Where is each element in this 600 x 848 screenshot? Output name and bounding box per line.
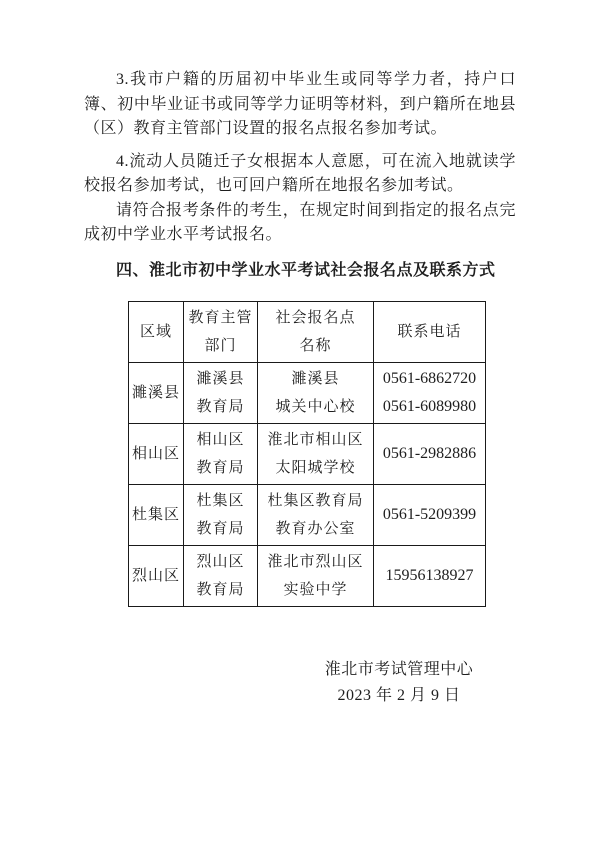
signature-date: 2023 年 2 月 9 日 bbox=[304, 683, 494, 709]
body-text: 3.我市户籍的历届初中毕业生或同等学力者，持户口簿、初中毕业证书或同等学力证明等… bbox=[84, 68, 516, 248]
column-header-education-dept: 教育主管 部门 bbox=[184, 301, 258, 362]
table-row: 濉溪县 濉溪县 教育局 濉溪县 城关中心校 0561-6862720 0561-… bbox=[129, 362, 486, 423]
cell-registration-point: 淮北市相山区 太阳城学校 bbox=[258, 423, 374, 484]
cell-phone: 0561-5209399 bbox=[374, 484, 486, 545]
column-header-phone: 联系电话 bbox=[374, 301, 486, 362]
registration-points-table: 区域 教育主管 部门 社会报名点 名称 联系电话 濉溪县 濉溪县 教育局 濉溪县… bbox=[128, 301, 486, 607]
cell-education-dept: 杜集区 教育局 bbox=[184, 484, 258, 545]
table-row: 杜集区 杜集区 教育局 杜集区教育局 教育办公室 0561-5209399 bbox=[129, 484, 486, 545]
cell-region: 杜集区 bbox=[129, 484, 184, 545]
signature-block: 淮北市考试管理中心 2023 年 2 月 9 日 bbox=[304, 657, 494, 709]
cell-region: 相山区 bbox=[129, 423, 184, 484]
column-header-region: 区域 bbox=[129, 301, 184, 362]
cell-phone: 15956138927 bbox=[374, 545, 486, 606]
cell-region: 烈山区 bbox=[129, 545, 184, 606]
column-header-registration-point: 社会报名点 名称 bbox=[258, 301, 374, 362]
cell-registration-point: 濉溪县 城关中心校 bbox=[258, 362, 374, 423]
cell-education-dept: 烈山区 教育局 bbox=[184, 545, 258, 606]
cell-registration-point: 杜集区教育局 教育办公室 bbox=[258, 484, 374, 545]
table-header-row: 区域 教育主管 部门 社会报名点 名称 联系电话 bbox=[129, 301, 486, 362]
cell-phone: 0561-2982886 bbox=[374, 423, 486, 484]
document-page: 3.我市户籍的历届初中毕业生或同等学力者，持户口簿、初中毕业证书或同等学力证明等… bbox=[0, 0, 600, 848]
paragraph-closing: 请符合报考条件的考生，在规定时间到指定的报名点完成初中学业水平考试报名。 bbox=[84, 199, 516, 248]
paragraph-4: 4.流动人员随迁子女根据本人意愿，可在流入地就读学校报名参加考试，也可回户籍所在… bbox=[84, 150, 516, 199]
paragraph-3: 3.我市户籍的历届初中毕业生或同等学力者，持户口簿、初中毕业证书或同等学力证明等… bbox=[84, 68, 516, 142]
section-heading: 四、淮北市初中学业水平考试社会报名点及联系方式 bbox=[84, 258, 516, 283]
cell-region: 濉溪县 bbox=[129, 362, 184, 423]
signature-org: 淮北市考试管理中心 bbox=[304, 657, 494, 683]
cell-education-dept: 相山区 教育局 bbox=[184, 423, 258, 484]
table-row: 相山区 相山区 教育局 淮北市相山区 太阳城学校 0561-2982886 bbox=[129, 423, 486, 484]
cell-registration-point: 淮北市烈山区 实验中学 bbox=[258, 545, 374, 606]
table-row: 烈山区 烈山区 教育局 淮北市烈山区 实验中学 15956138927 bbox=[129, 545, 486, 606]
cell-education-dept: 濉溪县 教育局 bbox=[184, 362, 258, 423]
cell-phone: 0561-6862720 0561-6089980 bbox=[374, 362, 486, 423]
